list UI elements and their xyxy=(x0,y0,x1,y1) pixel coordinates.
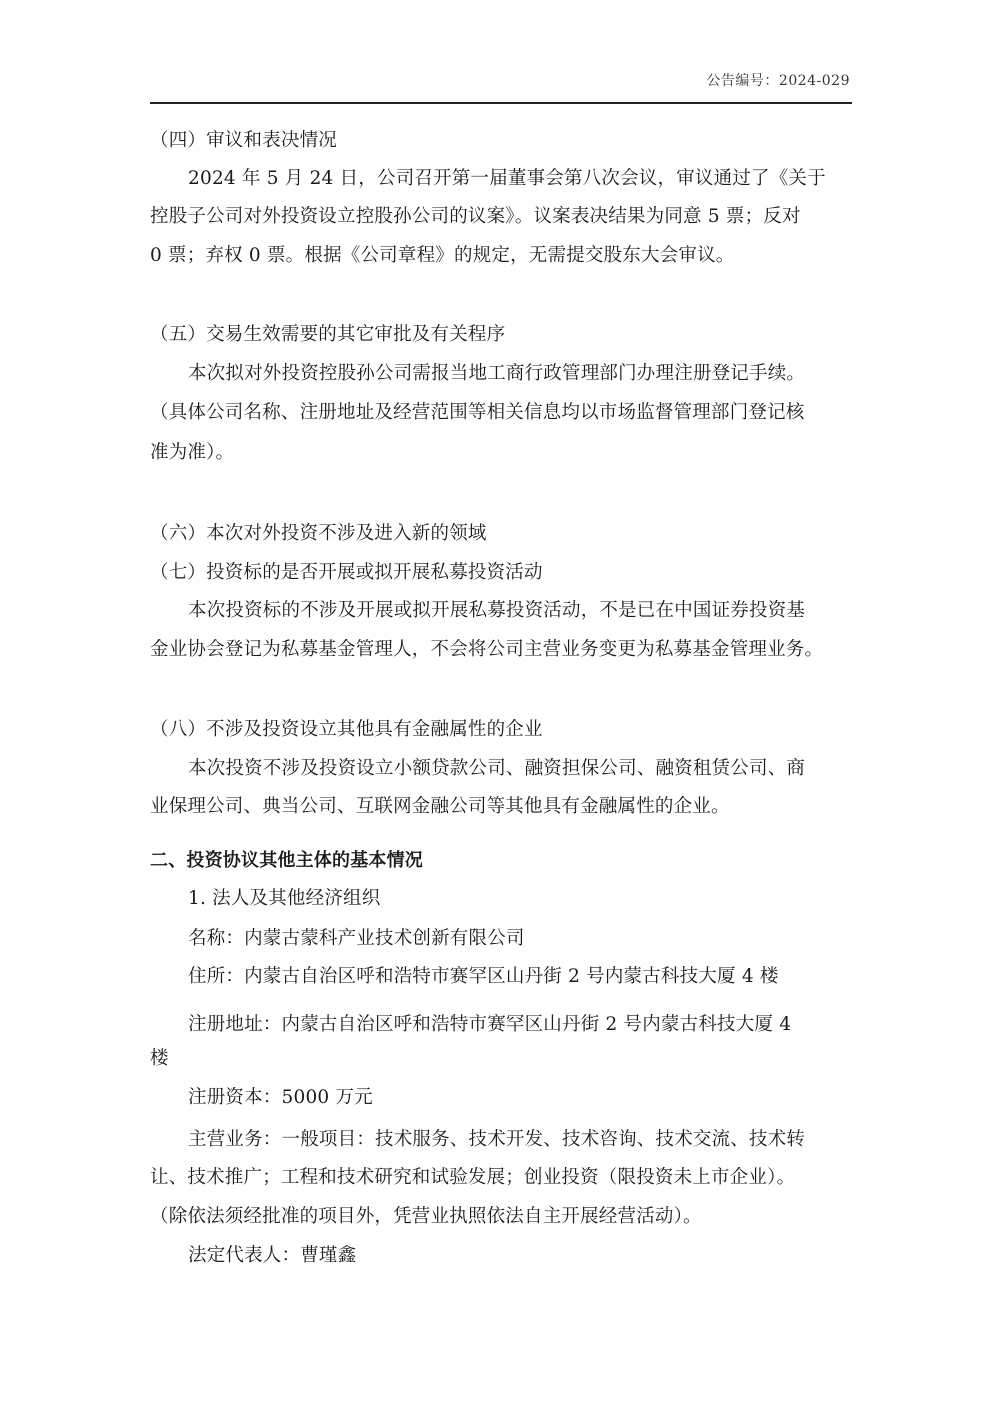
section-7-line-2: 金业协会登记为私募基金管理人，不会将公司主营业务变更为私募基金管理业务。 xyxy=(150,637,855,663)
section-7-title: （七）投资标的是否开展或拟开展私募投资活动 xyxy=(150,560,855,586)
section-5-line-1: 本次拟对外投资控股孙公司需报当地工商行政管理部门办理注册登记手续。 xyxy=(188,361,893,387)
part-2-heading: 二、投资协议其他主体的基本情况 xyxy=(150,848,855,874)
registered-address-line-2: 楼 xyxy=(150,1046,855,1072)
section-8-line-2: 业保理公司、典当公司、互联网金融公司等其他具有金融属性的企业。 xyxy=(150,794,855,820)
section-5-line-2: （具体公司名称、注册地址及经营范围等相关信息均以市场监督管理部门登记核 xyxy=(150,400,855,426)
section-8-title: （八）不涉及投资设立其他具有金融属性的企业 xyxy=(150,717,855,743)
header-divider xyxy=(150,102,852,104)
registered-address-line-1: 注册地址：内蒙古自治区呼和浩特市赛罕区山丹街 2 号内蒙古科技大厦 4 xyxy=(188,1012,893,1038)
section-6-title: （六）本次对外投资不涉及进入新的领域 xyxy=(150,521,855,547)
registered-capital: 注册资本：5000 万元 xyxy=(188,1085,893,1111)
company-name: 名称：内蒙古蒙科产业技术创新有限公司 xyxy=(188,926,893,952)
main-business-line-3: （除依法须经批准的项目外，凭营业执照依法自主开展经营活动）。 xyxy=(150,1204,855,1230)
main-business-line-1: 主营业务：一般项目：技术服务、技术开发、技术咨询、技术交流、技术转 xyxy=(188,1127,893,1153)
section-5-line-3: 准为准）。 xyxy=(150,440,855,466)
main-business-line-2: 让、技术推广；工程和技术研究和试验发展；创业投资（限投资未上市企业）。 xyxy=(150,1165,855,1191)
legal-representative: 法定代表人：曹瑾鑫 xyxy=(188,1243,893,1269)
subsection-1-title: 1. 法人及其他经济组织 xyxy=(188,886,893,912)
section-4-title: （四）审议和表决情况 xyxy=(150,128,855,154)
section-4-line-2: 控股子公司对外投资设立控股孙公司的议案》。议案表决结果为同意 5 票；反对 xyxy=(150,204,855,230)
section-4-line-1: 2024 年 5 月 24 日，公司召开第一届董事会第八次会议，审议通过了《关于 xyxy=(188,166,893,192)
section-7-line-1: 本次投资标的不涉及开展或拟开展私募投资活动，不是已在中国证券投资基 xyxy=(188,598,893,624)
announcement-number: 公告编号：2024-029 xyxy=(706,70,850,90)
section-4-line-3: 0 票；弃权 0 票。根据《公司章程》的规定，无需提交股东大会审议。 xyxy=(150,243,855,269)
section-5-title: （五）交易生效需要的其它审批及有关程序 xyxy=(150,322,855,348)
section-8-line-1: 本次投资不涉及投资设立小额贷款公司、融资担保公司、融资租赁公司、商 xyxy=(188,756,893,782)
company-residence: 住所：内蒙古自治区呼和浩特市赛罕区山丹街 2 号内蒙古科技大厦 4 楼 xyxy=(188,964,893,990)
